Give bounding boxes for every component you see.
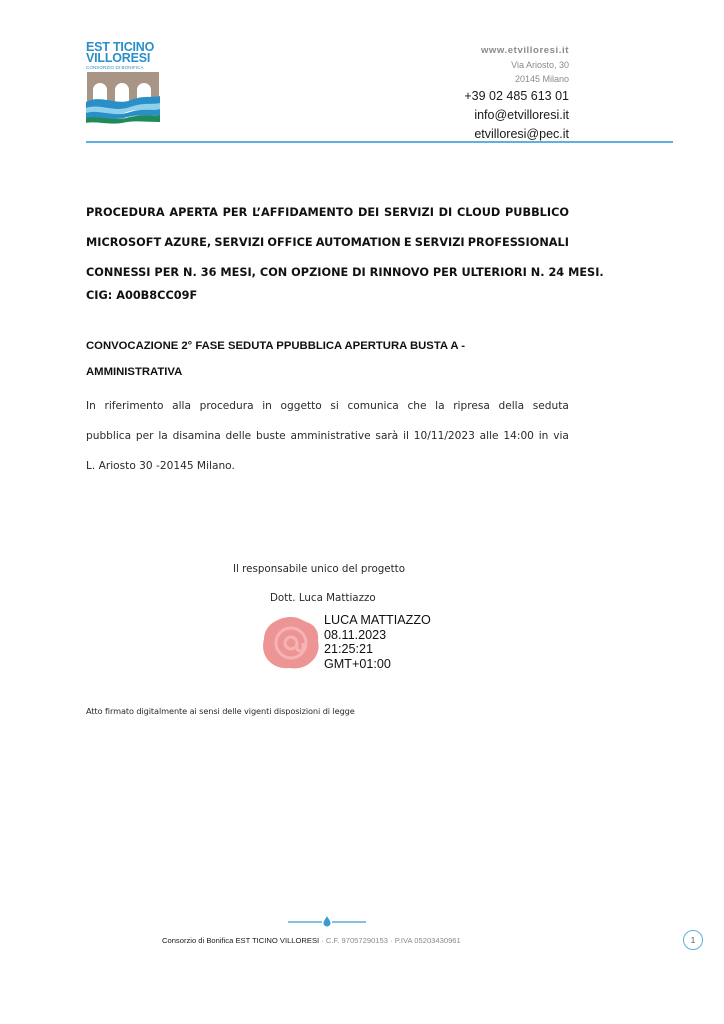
company-logo: EST TICINO VILLORESI CONSORZIO DI BONIFI…: [86, 42, 162, 122]
word: SERVIZI: [415, 228, 465, 258]
footer-separator-1: ·: [319, 936, 326, 945]
word: DEI: [358, 198, 379, 228]
word: la: [435, 391, 444, 421]
body-line-2: pubblicaperladisaminadellebusteamministr…: [86, 421, 569, 451]
signature-date: 08.11.2023: [324, 628, 431, 643]
document-subtitle: CONVOCAZIONE 2° FASE SEDUTA PPUBBLICA AP…: [86, 333, 465, 385]
title-line-2: MICROSOFTAZURE,SERVIZIOFFICEAUTOMATIONES…: [86, 228, 569, 258]
signer-role: Il responsabile unico del progetto: [233, 563, 405, 575]
word: 14:00: [503, 421, 534, 451]
word: buste: [256, 421, 286, 451]
word: oggetto: [281, 391, 322, 421]
word: PER: [223, 198, 248, 228]
word: APERTA: [169, 198, 218, 228]
word: AZURE,: [164, 228, 211, 258]
footer-cf: C.F. 97057290153: [326, 936, 388, 945]
footer-separator-2: ·: [388, 936, 395, 945]
word: alla: [172, 391, 191, 421]
word: CLOUD: [457, 198, 500, 228]
word: si: [330, 391, 338, 421]
cig-code: CIG: A00B8CC09F: [86, 289, 197, 302]
word: amministrative: [290, 421, 370, 451]
word: E: [404, 228, 412, 258]
body-paragraph: Inriferimentoallaprocedurainoggettosicom…: [86, 391, 569, 481]
word: ripresa: [453, 391, 490, 421]
word: sarà: [375, 421, 398, 451]
website-link[interactable]: www.etvilloresi.it: [464, 44, 569, 58]
word: PUBBLICO: [505, 198, 569, 228]
word: disamina: [173, 421, 221, 451]
word: alle: [480, 421, 499, 451]
word: per: [136, 421, 154, 451]
logo-title-line2: VILLORESI: [86, 53, 162, 64]
digital-signature-block: LUCA MATTIAZZO 08.11.2023 21:25:21 GMT+0…: [324, 613, 431, 671]
word: SERVIZI: [384, 198, 434, 228]
phone-number: +39 02 485 613 01: [464, 87, 569, 106]
word: riferimento: [104, 391, 163, 421]
subtitle-line-1: CONVOCAZIONE 2° FASE SEDUTA PPUBBLICA AP…: [86, 333, 465, 359]
city-address: 20145 Milano: [464, 72, 569, 86]
word: la: [158, 421, 167, 451]
signer-name: Dott. Luca Mattiazzo: [270, 592, 376, 604]
word: seduta: [533, 391, 569, 421]
subtitle-line-2: AMMINISTRATIVA: [86, 359, 465, 385]
document-title: PROCEDURAAPERTAPERL’AFFIDAMENTODEISERVIZ…: [86, 198, 569, 288]
email-link[interactable]: info@etvilloresi.it: [464, 106, 569, 125]
word: procedura: [200, 391, 254, 421]
word: L’AFFIDAMENTO: [252, 198, 353, 228]
header-divider: [86, 141, 673, 143]
word: che: [407, 391, 426, 421]
body-line-3: L. Ariosto 30 -20145 Milano.: [86, 451, 569, 481]
word: PROCEDURA: [86, 198, 165, 228]
signature-time: 21:25:21: [324, 642, 431, 657]
word: AUTOMATION: [316, 228, 401, 258]
word: in: [539, 421, 549, 451]
footer-piva: P.IVA 05203430961: [395, 936, 461, 945]
legal-note: Atto firmato digitalmente ai sensi delle…: [86, 706, 355, 716]
signature-name: LUCA MATTIAZZO: [324, 613, 431, 628]
word: pubblica: [86, 421, 131, 451]
word: comunica: [347, 391, 398, 421]
title-line-3: CONNESSI PER N. 36 MESI, CON OPZIONE DI …: [86, 258, 569, 288]
word: 10/11/2023: [414, 421, 475, 451]
contact-block: www.etvilloresi.it Via Ariosto, 30 20145…: [464, 44, 569, 144]
word: PROFESSIONALI: [468, 228, 569, 258]
bridge-water-icon: [86, 72, 162, 124]
street-address: Via Ariosto, 30: [464, 58, 569, 72]
word: della: [499, 391, 525, 421]
logo-subtitle: CONSORZIO DI BONIFICA: [86, 65, 162, 70]
word: delle: [226, 421, 252, 451]
word: OFFICE: [267, 228, 312, 258]
word: SERVIZI: [214, 228, 264, 258]
word: In: [86, 391, 96, 421]
page-number: 1: [683, 930, 703, 950]
word: in: [262, 391, 272, 421]
water-drop-icon: [288, 915, 366, 927]
footer-legal-info: Consorzio di Bonifica EST TICINO VILLORE…: [162, 936, 461, 945]
body-line-1: Inriferimentoallaprocedurainoggettosicom…: [86, 391, 569, 421]
signature-timezone: GMT+01:00: [324, 657, 431, 672]
word: MICROSOFT: [86, 228, 161, 258]
footer-org-name: Consorzio di Bonifica EST TICINO VILLORE…: [162, 936, 319, 945]
title-line-1: PROCEDURAAPERTAPERL’AFFIDAMENTODEISERVIZ…: [86, 198, 569, 228]
word: via: [553, 421, 569, 451]
wax-seal-at-icon: [261, 615, 321, 671]
word: il: [403, 421, 409, 451]
word: DI: [439, 198, 453, 228]
